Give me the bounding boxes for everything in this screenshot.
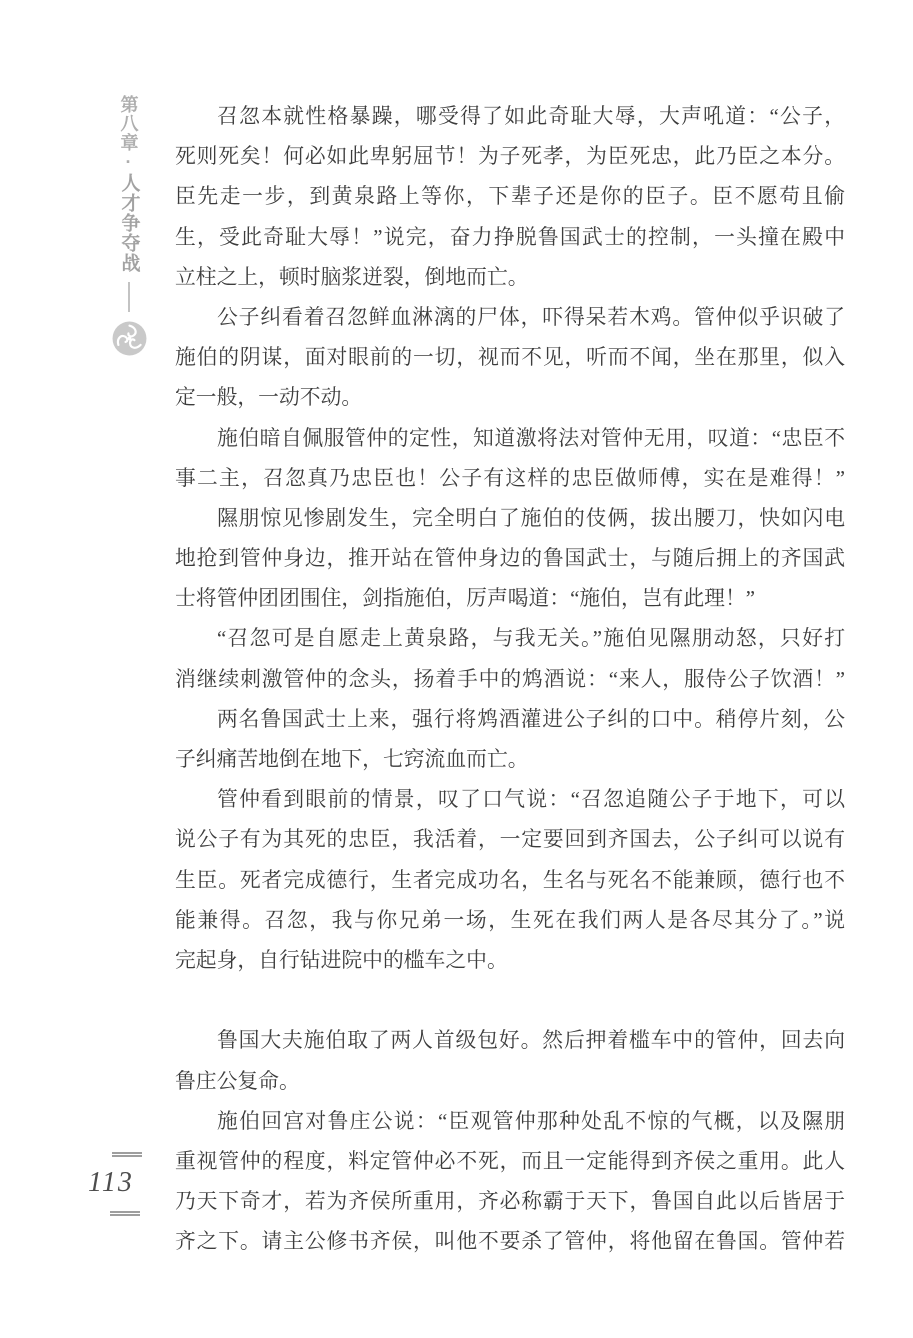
text-line: 重视管仲的程度，料定管仲必不死，而且一定能得到齐侯之重用。此人: [175, 1142, 845, 1182]
text-line: 定一般，一动不动。: [175, 378, 845, 418]
book-page: 第八章·人才争夺战 召忽本就性格暴躁，哪受得了如此奇耻大辱，大声吼道：“公子，死…: [0, 0, 913, 1338]
chapter-number: 第八章·: [119, 95, 139, 173]
text-line: 公子纠看着召忽鲜血淋漓的尸体，吓得呆若木鸡。管仲似乎识破了: [175, 298, 845, 338]
text-line: 能兼得。召忽，我与你兄弟一场，生死在我们两人是各尽其分了。”说: [175, 901, 845, 941]
text-line: 立柱之上，顿时脑浆迸裂，倒地而亡。: [175, 258, 845, 298]
paragraph: 管仲看到眼前的情景，叹了口气说：“召忽追随公子于地下，可以说公子有为其死的忠臣，…: [175, 780, 845, 981]
body-text: 召忽本就性格暴躁，哪受得了如此奇耻大辱，大声吼道：“公子，死则死矣！何必如此卑躬…: [175, 97, 845, 1262]
text-line: 死则死矣！何必如此卑躬屈节！为子死孝，为臣死忠，此乃臣之本分。: [175, 137, 845, 177]
text-line: 生，受此奇耻大辱！”说完，奋力挣脱鲁国武士的控制，一头撞在殿中: [175, 218, 845, 258]
paragraph: “召忽可是自愿走上黄泉路，与我无关。”施伯见隰朋动怒，只好打消继续刺激管仲的念头…: [175, 619, 845, 699]
text-line: 鲁国大夫施伯取了两人首级包好。然后押着槛车中的管仲，回去向: [175, 1021, 845, 1061]
text-line: 隰朋惊见惨剧发生，完全明白了施伯的伎俩，拔出腰刀，快如闪电: [175, 499, 845, 539]
chapter-seal-icon: [111, 320, 148, 357]
text-line: 事二主，召忽真乃忠臣也！公子有这样的忠臣做师傅，实在是难得！”: [175, 459, 845, 499]
text-line: 地抢到管仲身边，推开站在管仲身边的鲁国武士，与随后拥上的齐国武: [175, 539, 845, 579]
paragraph: 公子纠看着召忽鲜血淋漓的尸体，吓得呆若木鸡。管仲似乎识破了施伯的阴谋，面对眼前的…: [175, 298, 845, 419]
paragraph: 施伯回宫对鲁庄公说：“臣观管仲那种处乱不惊的气概，以及隰朋重视管仲的程度，料定管…: [175, 1102, 845, 1263]
text-line: 生臣。死者完成德行，生者完成功名，生名与死名不能兼顾，德行也不: [175, 861, 845, 901]
footer-rule-top: [112, 1152, 142, 1157]
text-line: 士将管仲团团围住，剑指施伯，厉声喝道：“施伯，岂有此理！”: [175, 579, 845, 619]
text-line: 完起身，自行钻进院中的槛车之中。: [175, 941, 845, 981]
text-line: 鲁庄公复命。: [175, 1062, 845, 1102]
text-line: 齐之下。请主公修书齐侯，叫他不要杀了管仲，将他留在鲁国。管仲若: [175, 1222, 845, 1262]
chapter-title-vertical: 第八章·人才争夺战: [120, 95, 139, 273]
text-line: 臣先走一步，到黄泉路上等你，下辈子还是你的臣子。臣不愿苟且偷: [175, 177, 845, 217]
text-line: 管仲看到眼前的情景，叹了口气说：“召忽追随公子于地下，可以: [175, 780, 845, 820]
paragraph: 两名鲁国武士上来，强行将鸩酒灌进公子纠的口中。稍停片刻，公子纠痛苦地倒在地下，七…: [175, 700, 845, 780]
text-line: 子纠痛苦地倒在地下，七窍流血而亡。: [175, 740, 845, 780]
page-footer: 113: [88, 1152, 158, 1216]
paragraph: 召忽本就性格暴躁，哪受得了如此奇耻大辱，大声吼道：“公子，死则死矣！何必如此卑躬…: [175, 97, 845, 298]
chapter-name: 人才争夺战: [119, 173, 140, 273]
text-line: 施伯暗自佩服管仲的定性，知道激将法对管仲无用，叹道：“忠臣不: [175, 419, 845, 459]
text-line: 乃天下奇才，若为齐侯所重用，齐必称霸于天下，鲁国自此以后皆居于: [175, 1182, 845, 1222]
text-line: 施伯的阴谋，面对眼前的一切，视而不见，听而不闻，坐在那里，似入: [175, 338, 845, 378]
text-line: “召忽可是自愿走上黄泉路，与我无关。”施伯见隰朋动怒，只好打: [175, 619, 845, 659]
text-line: 说公子有为其死的忠臣，我活着，一定要回到齐国去，公子纠可以说有: [175, 820, 845, 860]
text-line: 两名鲁国武士上来，强行将鸩酒灌进公子纠的口中。稍停片刻，公: [175, 700, 845, 740]
paragraph: 隰朋惊见惨剧发生，完全明白了施伯的伎俩，拔出腰刀，快如闪电地抢到管仲身边，推开站…: [175, 499, 845, 620]
page-number: 113: [88, 1167, 158, 1199]
paragraph: 施伯暗自佩服管仲的定性，知道激将法对管仲无用，叹道：“忠臣不事二主，召忽真乃忠臣…: [175, 419, 845, 499]
text-line: 消继续刺激管仲的念头，扬着手中的鸩酒说：“来人，服侍公子饮酒！”: [175, 660, 845, 700]
text-line: 施伯回宫对鲁庄公说：“臣观管仲那种处乱不惊的气概，以及隰朋: [175, 1102, 845, 1142]
footer-rule-bottom: [110, 1211, 140, 1216]
paragraph: 鲁国大夫施伯取了两人首级包好。然后押着槛车中的管仲，回去向鲁庄公复命。: [175, 1021, 845, 1101]
title-dash: [128, 282, 130, 312]
chapter-sidebar: 第八章·人才争夺战: [110, 95, 148, 357]
text-line: 召忽本就性格暴躁，哪受得了如此奇耻大辱，大声吼道：“公子，: [175, 97, 845, 137]
